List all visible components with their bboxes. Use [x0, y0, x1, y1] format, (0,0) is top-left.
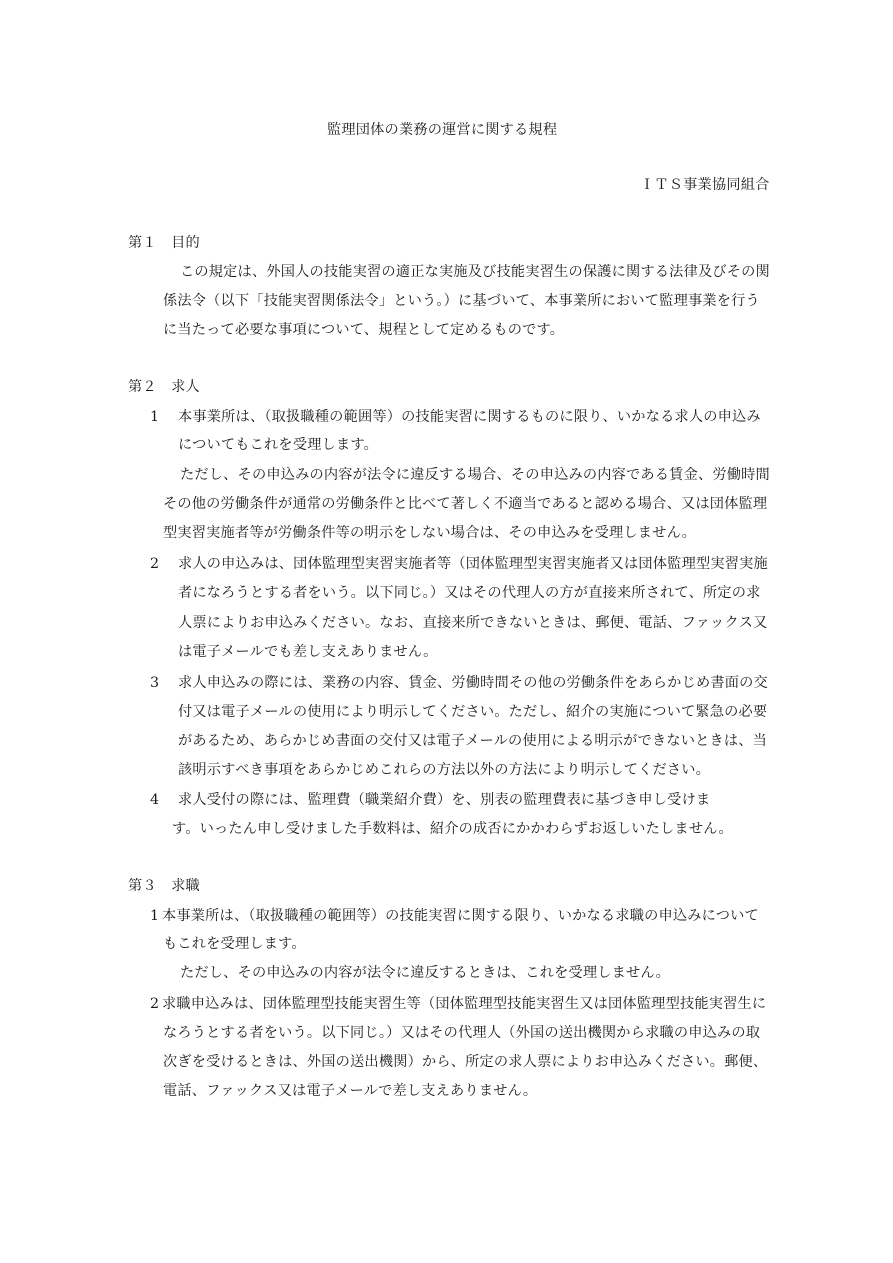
section-1-line: に当たって必要な事項について、規程として定めるものです。: [163, 321, 564, 339]
item-line: 電話、ファックス又は電子メールで差し支えありません。: [163, 1082, 537, 1100]
item-line: 者になろうとする者をいう。以下同じ。）又はその代理人の方が直接来所されて、所定の…: [178, 584, 761, 602]
item-line: 付又は電子メールの使用により明示してください。ただし、紹介の実施について緊急の必…: [178, 703, 767, 721]
item-line: なろうとする者をいう。以下同じ。）又はその代理人（外国の送出機関から求職の申込み…: [163, 1024, 760, 1042]
document-page: 監理団体の業務の運営に関する規程 ＩＴＳ事業協同組合 第１ 目的 この規定は、外…: [0, 0, 893, 1263]
item-line: 本事業所は、（取扱職種の範囲等）の技能実習に関するものに限り、いかなる求人の申込…: [178, 408, 761, 426]
item-number: 1: [150, 408, 159, 426]
item-line: ただし、その申込みの内容が法令に違反するときは、これを受理しません。: [180, 964, 670, 982]
section-2-heading: 第２ 求人: [128, 378, 200, 396]
item-number: 1: [150, 907, 159, 925]
item-line: があるため、あらかじめ書面の交付又は電子メールの使用による明示ができないときは、…: [178, 732, 767, 750]
item-number: 4: [150, 791, 159, 809]
item-line: についてもこれを受理します。: [178, 436, 378, 454]
section-1-line: この規定は、外国人の技能実習の適正な実施及び技能実習生の保護に関する法律及びその…: [180, 263, 770, 281]
section-3-heading: 第３ 求職: [128, 877, 200, 895]
document-title: 監理団体の業務の運営に関する規程: [327, 121, 557, 139]
item-line: 求人受付の際には、監理費（職業紹介費）を、別表の監理費表に基づき申し受けま: [178, 791, 710, 809]
organization-name: ＩＴＳ事業協同組合: [640, 176, 770, 194]
item-line: は電子メールでも差し支えありません。: [178, 643, 438, 661]
item-line: 本事業所は、（取扱職種の範囲等）の技能実習に関する限り、いかなる求職の申込みにつ…: [162, 907, 759, 925]
item-line: もこれを受理します。: [163, 935, 306, 953]
section-1-heading: 第１ 目的: [128, 234, 200, 252]
section-1-line: 係法令（以下「技能実習関係法令」という。）に基づいて、本事業所において監理事業を…: [163, 292, 760, 310]
item-number: 3: [150, 674, 159, 692]
item-line: その他の労働条件が通常の労働条件と比べて著しく不適当であると認める場合、又は団体…: [163, 495, 767, 513]
item-number: 2: [150, 555, 159, 573]
item-line: 人票によりお申込みください。なお、直接来所できないときは、郵便、電話、ファックス…: [178, 614, 767, 632]
item-line: 求人申込みの際には、業務の内容、賃金、労働時間その他の労働条件をあらかじめ書面の…: [178, 674, 768, 692]
item-number: 2: [150, 995, 159, 1013]
item-line: 次ぎを受けるときは、外国の送出機関）から、所定の求人票によりお申込みください。郵…: [163, 1053, 767, 1071]
item-line: 求人の申込みは、団体監理型実習実施者等（団体監理型実習実施者又は団体監理型実習実…: [178, 555, 768, 573]
item-line: 型実習実施者等が労働条件等の明示をしない場合は、その申込みを受理しません。: [163, 524, 696, 542]
item-line: 該明示すべき事項をあらかじめこれらの方法以外の方法により明示してください。: [178, 761, 710, 779]
item-line: ただし、その申込みの内容が法令に違反する場合、その申込みの内容である賃金、労働時…: [180, 466, 770, 484]
item-line: す。いったん申し受けました手数料は、紹介の成否にかかわらずお返しいたしません。: [172, 820, 733, 838]
item-line: 求職申込みは、団体監理型技能実習生等（団体監理型技能実習生又は団体監理型技能実習…: [162, 995, 766, 1013]
